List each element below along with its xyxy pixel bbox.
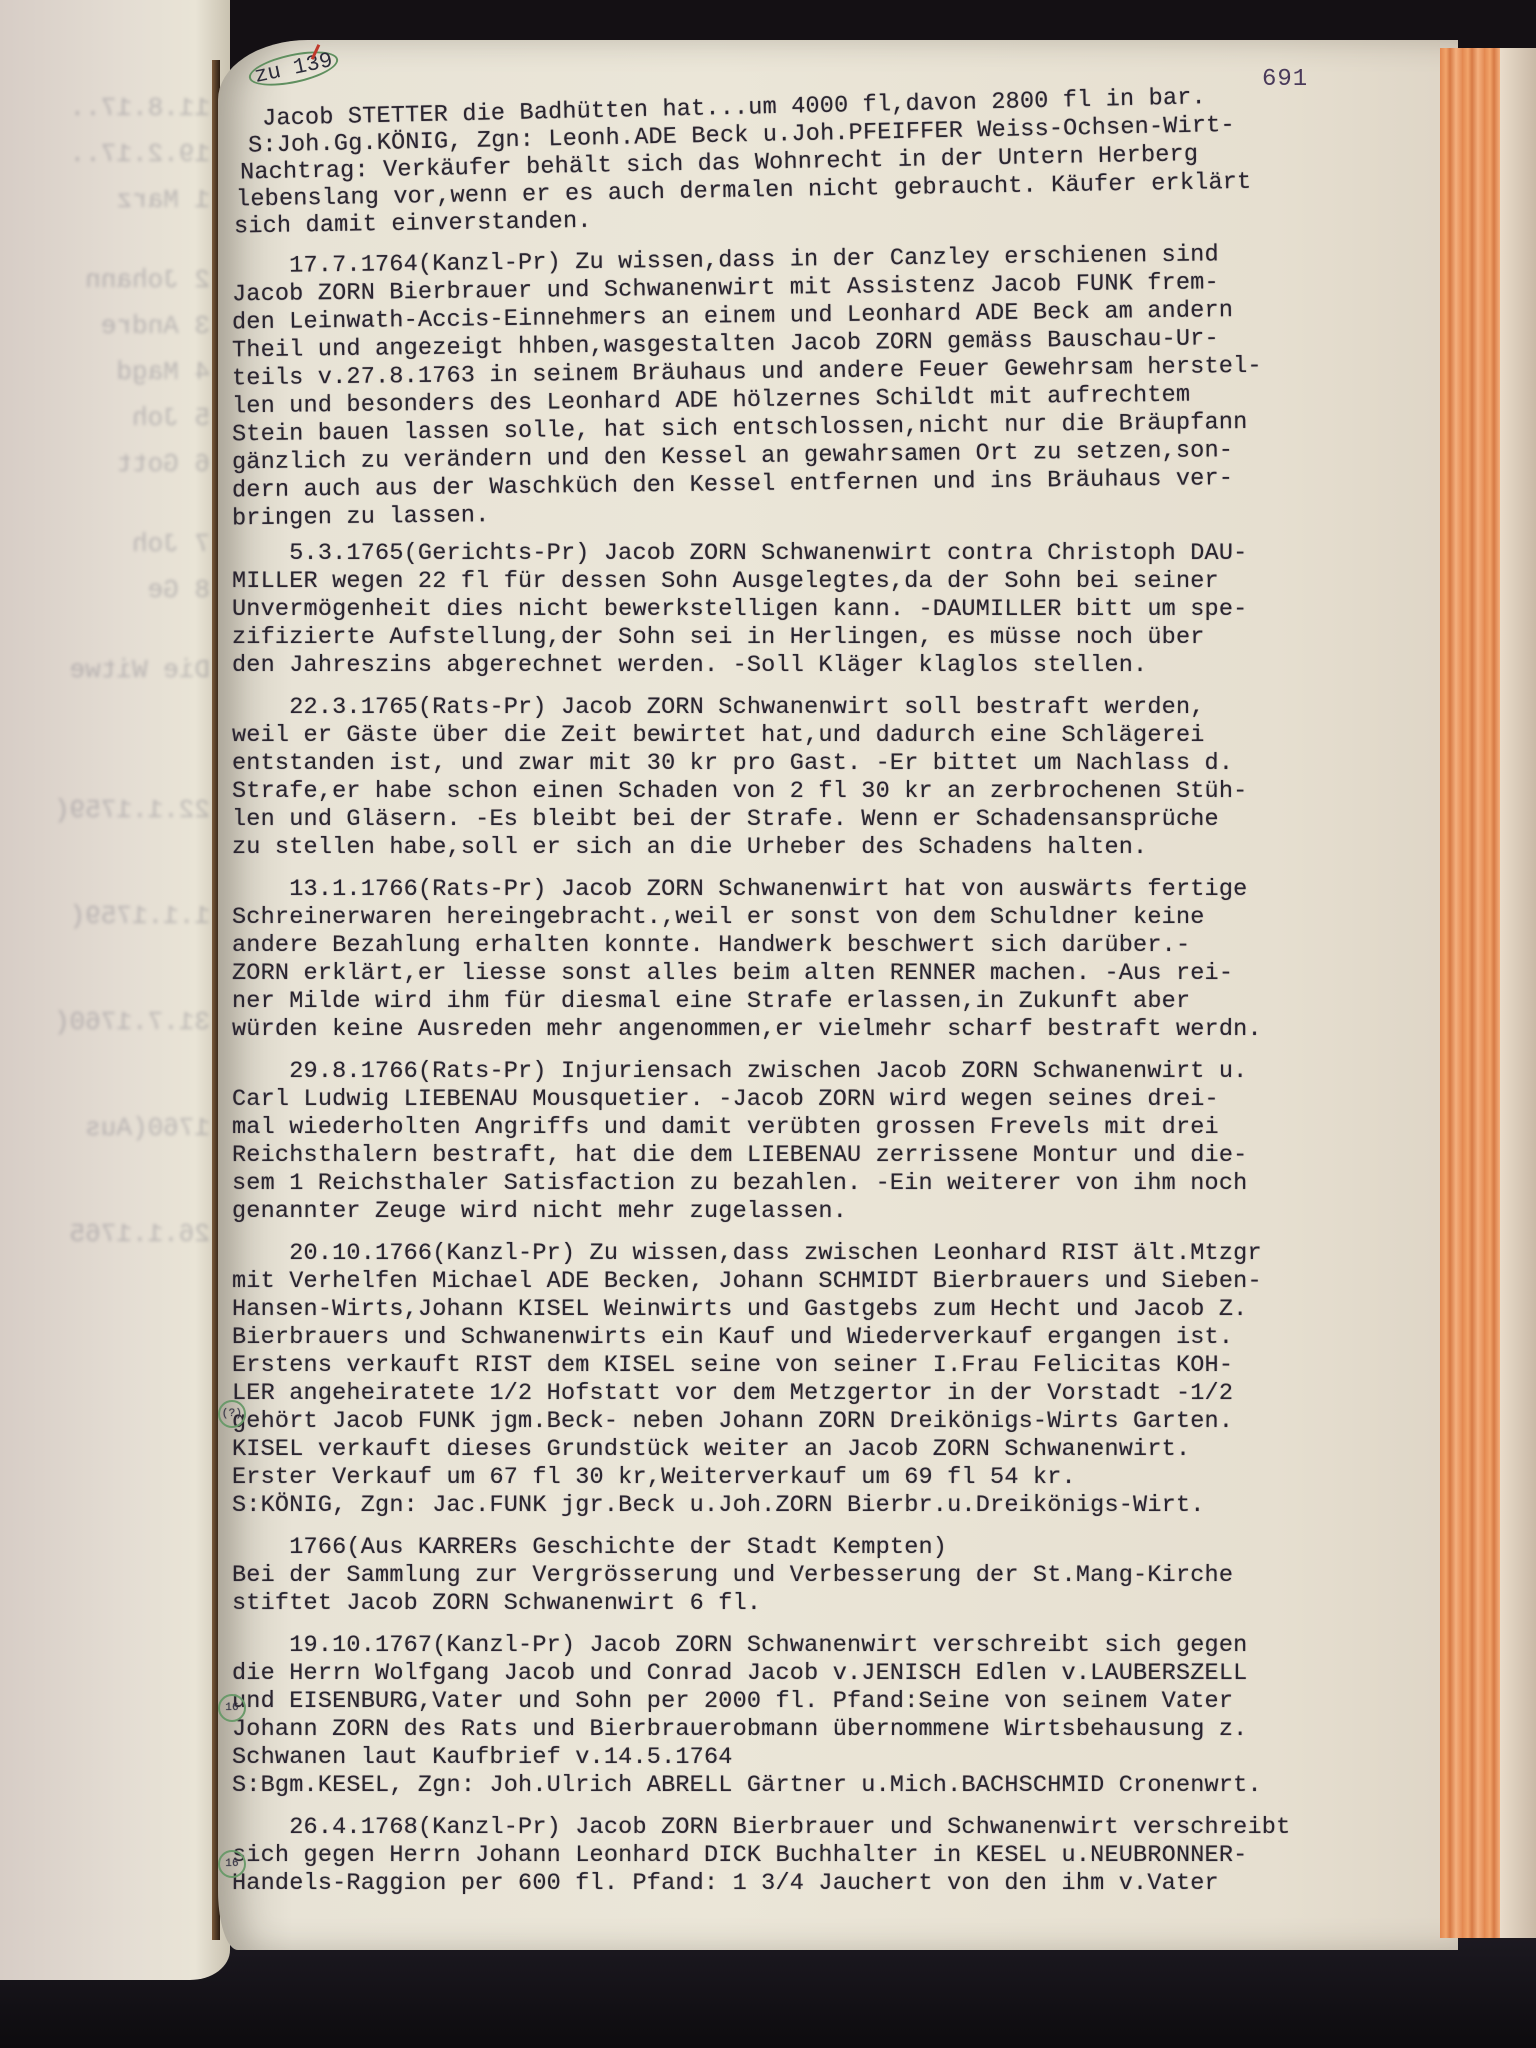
text-line: S:Bgm.KESEL, Zgn: Joh.Ulrich ABRELL Gärt… <box>232 1772 1432 1800</box>
left-page: 11.8.17..19.2.17..1 Marz2 Johann3 Andre4… <box>0 0 230 1980</box>
text-line: Johann ZORN des Rats und Bierbrauerobman… <box>232 1716 1432 1744</box>
margin-annotation-circle: 16 <box>218 1694 246 1722</box>
text-line: 29.8.1766(Rats-Pr) Injuriensach zwischen… <box>232 1058 1432 1086</box>
text-line: 22.3.1765(Rats-Pr) Jacob ZORN Schwanenwi… <box>232 694 1432 722</box>
text-line: Erster Verkauf um 67 fl 30 kr,Weiterverk… <box>232 1464 1432 1492</box>
text-line: Hansen-Wirts,Johann KISEL Weinwirts und … <box>232 1296 1432 1324</box>
entry-1766-01-13: 13.1.1766(Rats-Pr) Jacob ZORN Schwanenwi… <box>232 876 1432 1044</box>
margin-annotation-circle: 16 <box>218 1850 246 1878</box>
text-line: genannter Zeuge wird nicht mehr zugelass… <box>232 1198 1432 1226</box>
show-through-line: 1760(Aus <box>0 1110 210 1146</box>
text-line: ner Milde wird ihm für diesmal eine Stra… <box>232 988 1432 1016</box>
entry-1766-10-20: 20.10.1766(Kanzl-Pr) Zu wissen,dass zwis… <box>232 1240 1432 1520</box>
entry-1765-03-22: 22.3.1765(Rats-Pr) Jacob ZORN Schwanenwi… <box>232 694 1432 862</box>
show-through-line: 6 Gott <box>0 446 210 482</box>
text-line: 19.10.1767(Kanzl-Pr) Jacob ZORN Schwanen… <box>232 1632 1432 1660</box>
entry-1767-10-19: 19.10.1767(Kanzl-Pr) Jacob ZORN Schwanen… <box>232 1632 1432 1800</box>
text-line: 5.3.1765(Gerichts-Pr) Jacob ZORN Schwane… <box>232 540 1432 568</box>
text-line: zu stellen habe,soll er sich an die Urhe… <box>232 834 1432 862</box>
text-line: MILLER wegen 22 fl für dessen Sohn Ausge… <box>232 568 1432 596</box>
text-line: sem 1 Reichsthaler Satisfaction zu bezah… <box>232 1170 1432 1198</box>
text-line: Strafe,er habe schon einen Schaden von 2… <box>232 778 1432 806</box>
text-line: 26.4.1768(Kanzl-Pr) Jacob ZORN Bierbraue… <box>232 1814 1432 1842</box>
text-line: Schreinerwaren hereingebracht.,weil er s… <box>232 904 1432 932</box>
text-line: Erstens verkauft RIST dem KISEL seine vo… <box>232 1352 1432 1380</box>
text-line: Reichsthalern bestraft, hat die dem LIEB… <box>232 1142 1432 1170</box>
text-line: len und Gläsern. -Es bleibt bei der Stra… <box>232 806 1432 834</box>
show-through-line: 8 Ge <box>0 572 210 608</box>
text-line: Bierbrauers und Schwanenwirts ein Kauf u… <box>232 1324 1432 1352</box>
folio-reference: zu 139 <box>246 45 341 92</box>
entry-1766-karrer: 1766(Aus KARRERs Geschichte der Stadt Ke… <box>232 1534 1432 1618</box>
show-through-line: 3 Andre <box>0 308 210 344</box>
text-line: zifizierte Aufstellung,der Sohn sei in H… <box>232 624 1432 652</box>
show-through-line: 2 Johann <box>0 262 210 298</box>
text-line: KISEL verkauft dieses Grundstück weiter … <box>232 1436 1432 1464</box>
text-line: und EISENBURG,Vater und Sohn per 2000 fl… <box>232 1688 1432 1716</box>
show-through-line: 4 Magd <box>0 354 210 390</box>
text-line: 20.10.1766(Kanzl-Pr) Zu wissen,dass zwis… <box>232 1240 1432 1268</box>
text-line: andere Bezahlung erhalten konnte. Handwe… <box>232 932 1432 960</box>
text-line: sich gegen Herrn Johann Leonhard DICK Bu… <box>232 1842 1432 1870</box>
entry-carryover: Jacob STETTER die Badhütten hat...um 400… <box>232 92 1432 232</box>
show-through-line: 22.1.1759( <box>0 792 210 828</box>
show-through-line: 5 Joh <box>0 400 210 436</box>
text-line: 1766(Aus KARRERs Geschichte der Stadt Ke… <box>232 1534 1432 1562</box>
show-through-line: 1 Marz <box>0 182 210 218</box>
entry-1765-03-05: 5.3.1765(Gerichts-Pr) Jacob ZORN Schwane… <box>232 540 1432 680</box>
text-line: weil er Gäste über die Zeit bewirtet hat… <box>232 722 1432 750</box>
text-line: die Herrn Wolfgang Jacob und Conrad Jaco… <box>232 1660 1432 1688</box>
text-line: gehört Jacob FUNK jgm.Beck- neben Johann… <box>232 1408 1432 1436</box>
text-line: 13.1.1766(Rats-Pr) Jacob ZORN Schwanenwi… <box>232 876 1432 904</box>
text-line: Handels-Raggion per 600 fl. Pfand: 1 3/4… <box>232 1870 1432 1898</box>
text-line: mal wiederholten Angriffs und damit verü… <box>232 1114 1432 1142</box>
text-line: ZORN erklärt,er liesse sonst alles beim … <box>232 960 1432 988</box>
text-line: Unvermögenheit dies nicht bewerkstellige… <box>232 596 1432 624</box>
text-line: S:KÖNIG, Zgn: Jac.FUNK jgr.Beck u.Joh.ZO… <box>232 1492 1432 1520</box>
show-through-line: 11.8.17.. <box>0 90 210 126</box>
document-body: Jacob STETTER die Badhütten hat...um 400… <box>232 92 1432 1912</box>
page-edges <box>1440 48 1536 1938</box>
show-through-line: 31.7.1760( <box>0 1004 210 1040</box>
text-line: Carl Ludwig LIEBENAU Mousquetier. -Jacob… <box>232 1086 1432 1114</box>
text-line: mit Verhelfen Michael ADE Becken, Johann… <box>232 1268 1432 1296</box>
show-through-line: 19.2.17.. <box>0 136 210 172</box>
right-page: zu 139 691 Jacob STETTER die Badhütten h… <box>218 40 1458 1950</box>
text-line: Schwanen laut Kaufbrief v.14.5.1764 <box>232 1744 1432 1772</box>
text-line: den Jahreszins abgerechnet werden. -Soll… <box>232 652 1432 680</box>
entry-1768-04-26: 26.4.1768(Kanzl-Pr) Jacob ZORN Bierbraue… <box>232 1814 1432 1898</box>
show-through-line: 1.1.1759( <box>0 898 210 934</box>
text-line: entstanden ist, und zwar mit 30 kr pro G… <box>232 750 1432 778</box>
text-line: LER angeheiratete 1/2 Hofstatt vor dem M… <box>232 1380 1432 1408</box>
text-line: stiftet Jacob ZORN Schwanenwirt 6 fl. <box>232 1590 1432 1618</box>
entry-1764-07-17: 17.7.1764(Kanzl-Pr) Zu wissen,dass in de… <box>232 246 1432 526</box>
entry-1766-08-29: 29.8.1766(Rats-Pr) Injuriensach zwischen… <box>232 1058 1432 1226</box>
show-through-line: Die Witwe <box>0 652 210 688</box>
folio-reference-label: zu 139 <box>246 45 341 92</box>
margin-annotation-circle: (?) <box>218 1400 246 1428</box>
text-line: Bei der Sammlung zur Vergrösserung und V… <box>232 1562 1432 1590</box>
text-line: würden keine Ausreden mehr angenommen,er… <box>232 1016 1432 1044</box>
show-through-line: 26.1.1765 <box>0 1216 210 1252</box>
show-through-line: 7 Joh <box>0 526 210 562</box>
